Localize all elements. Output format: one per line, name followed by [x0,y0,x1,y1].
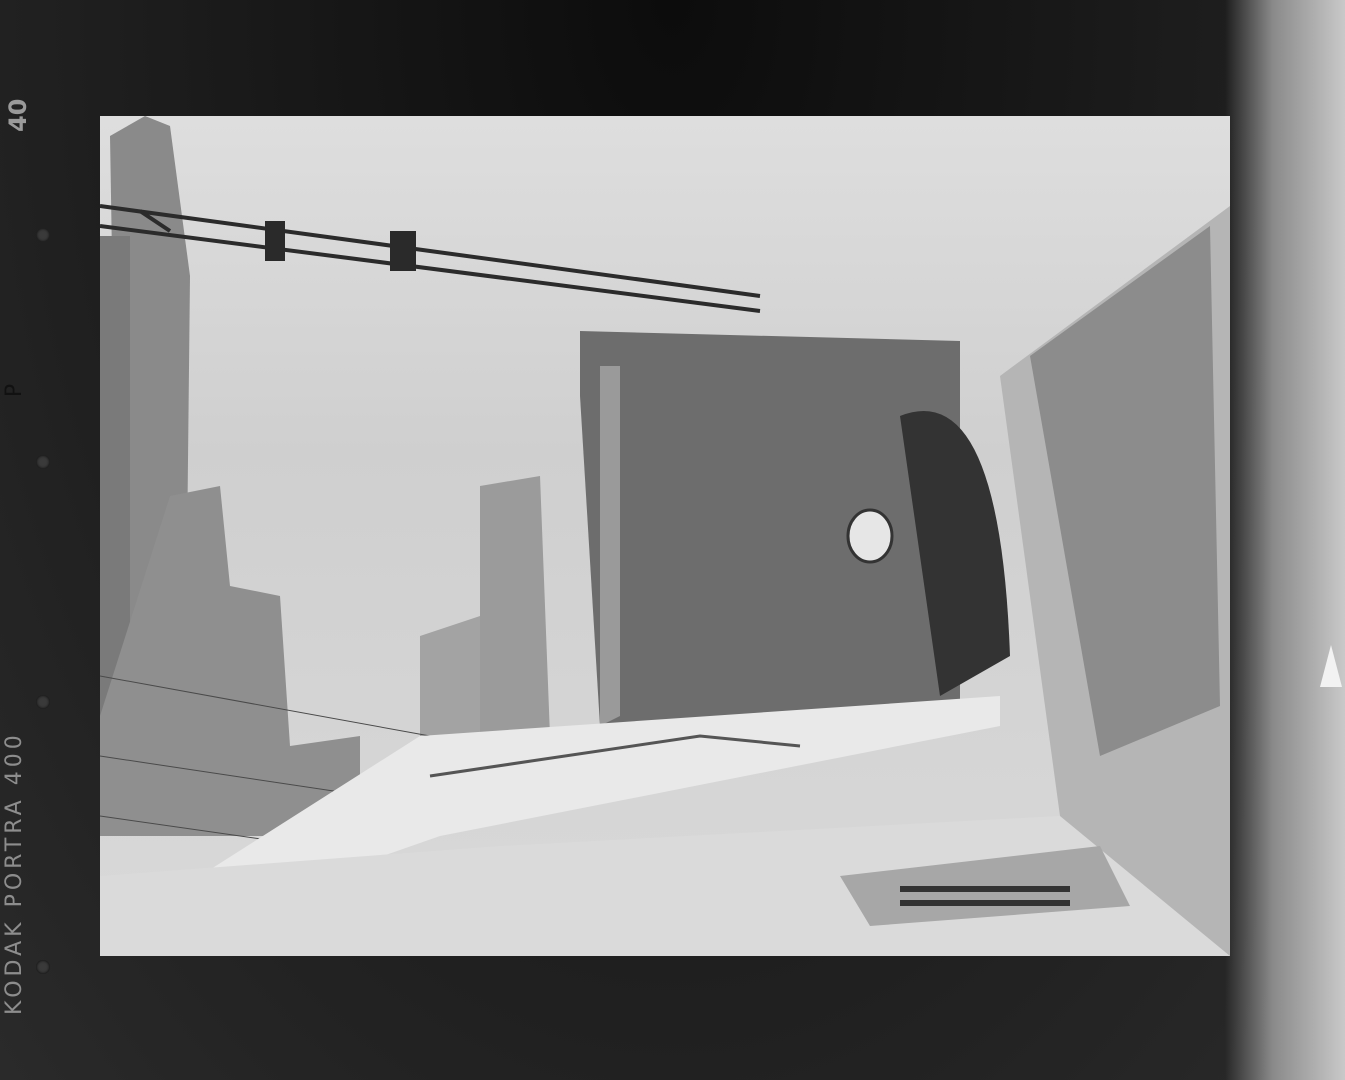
film-edge-text: KODAK PORTRA 400 [2,731,27,1015]
sprocket-hole [36,228,50,242]
photograph [100,116,1230,956]
sprocket-hole [36,960,50,974]
sprocket-hole [36,695,50,709]
frame-marker-triangle [1320,645,1342,687]
frame-number: 40 [4,99,32,132]
rearview-mirror [848,510,892,562]
photo-scene [100,116,1230,956]
overhead-tram-wire-gantry [100,206,760,311]
sprocket-hole [36,455,50,469]
film-rebate-right [1225,0,1345,1080]
edge-marker: P [2,384,27,397]
office-building-center [580,331,960,726]
